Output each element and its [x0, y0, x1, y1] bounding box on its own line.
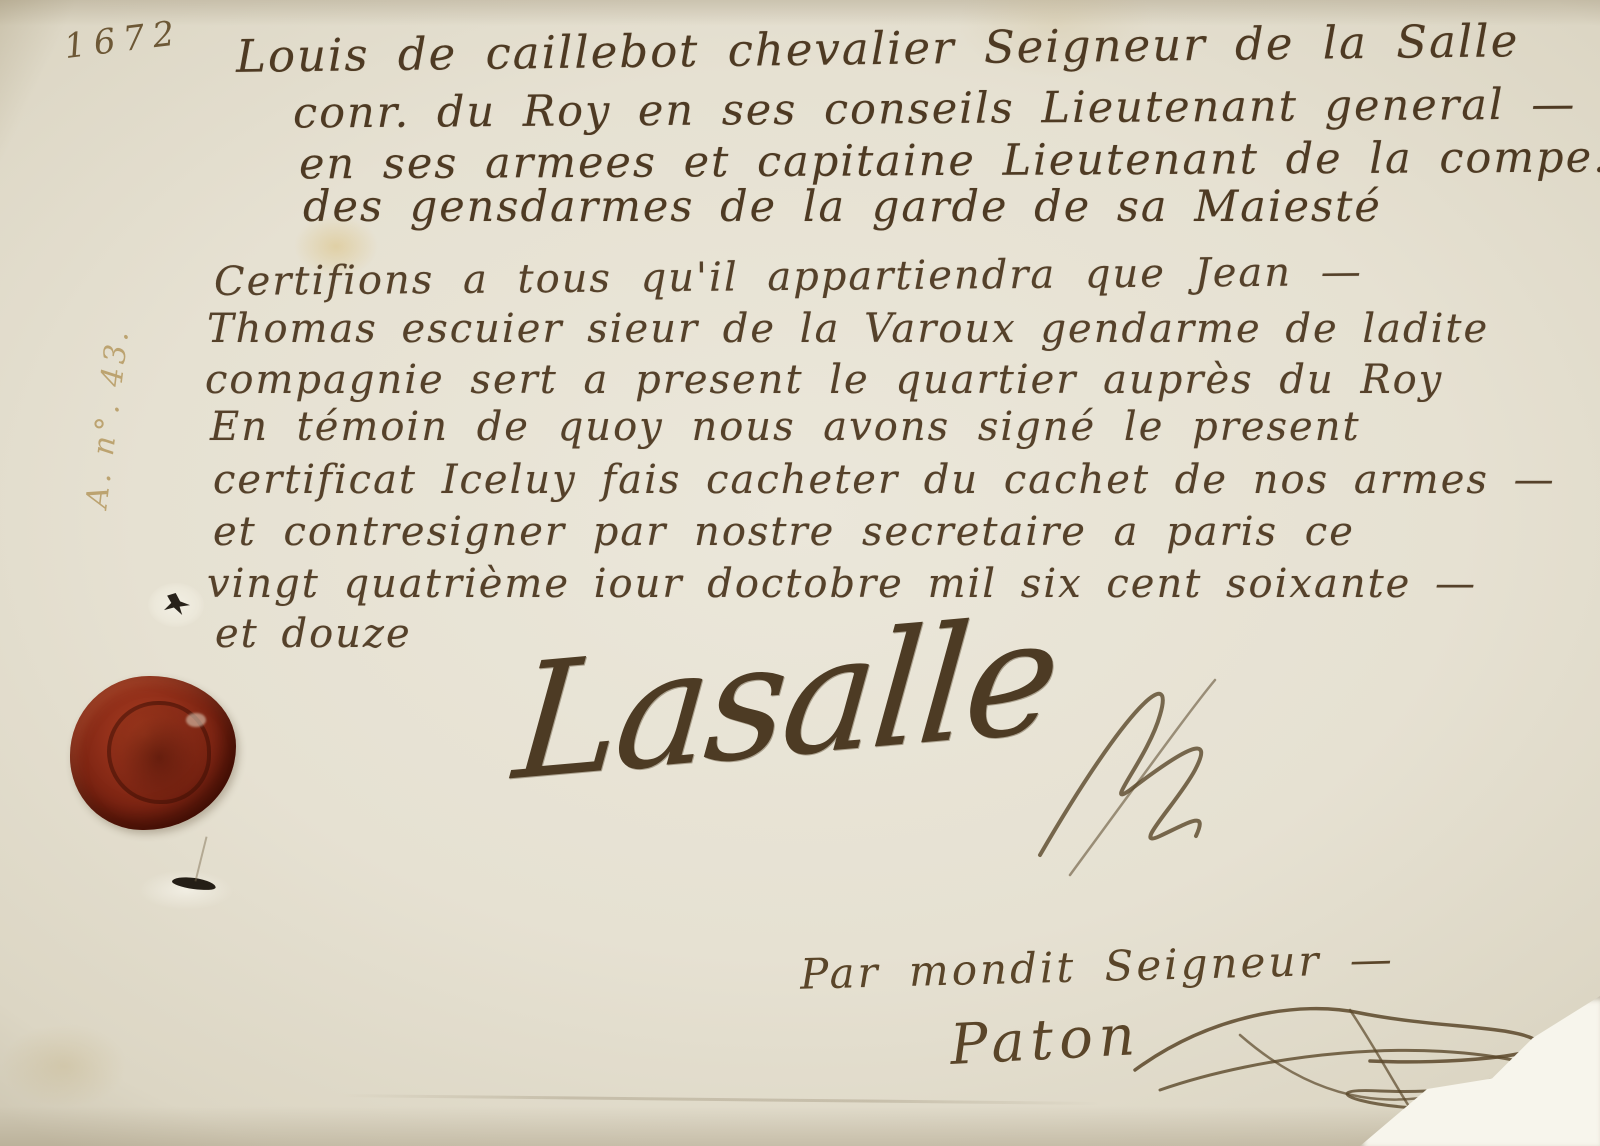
manuscript-header-line: des gensdarmes de la garde de sa Maiesté	[303, 182, 1382, 232]
wax-seal-icon	[70, 676, 236, 830]
paper-crease	[138, 870, 234, 910]
manuscript-body-line: vingt quatrième iour doctobre mil six ce…	[207, 561, 1477, 607]
manuscript-header-line: en ses armees et capitaine Lieutenant de…	[299, 133, 1600, 190]
lasalle-signature: Lasalle	[508, 583, 1063, 816]
paper-hole	[148, 583, 204, 627]
signature-flourish-icon	[1010, 640, 1240, 890]
manuscript-body-line: compagnie sert a present le quartier aup…	[205, 357, 1443, 403]
margin-shelfmark: A. n°. 43.	[75, 286, 141, 548]
countersign-note: Par mondit Seigneur —	[799, 934, 1395, 999]
paper-tear	[138, 852, 238, 922]
manuscript-body-line: Certifions a tous qu'il appartiendra que…	[214, 249, 1363, 305]
manuscript-body-line: Thomas escuier sieur de la Varoux gendar…	[207, 306, 1489, 352]
manuscript-body-line: En témoin de quoy nous avons signé le pr…	[210, 404, 1361, 450]
manuscript-body-line: certificat Iceluy fais cacheter du cache…	[213, 457, 1556, 503]
year-annotation: 1672	[62, 13, 185, 67]
manuscript-body-line: et douze	[215, 611, 412, 657]
manuscript-body-line: et contresigner par nostre secretaire a …	[213, 509, 1355, 555]
manuscript-header-line: Louis de caillebot chevalier Seigneur de…	[236, 14, 1520, 83]
manuscript-page: 1672 A. n°. 43. Louis de caillebot cheva…	[0, 0, 1600, 1146]
manuscript-header-line: conr. du Roy en ses conseils Lieutenant …	[293, 80, 1577, 139]
secretary-signature: Paton	[948, 1003, 1142, 1078]
